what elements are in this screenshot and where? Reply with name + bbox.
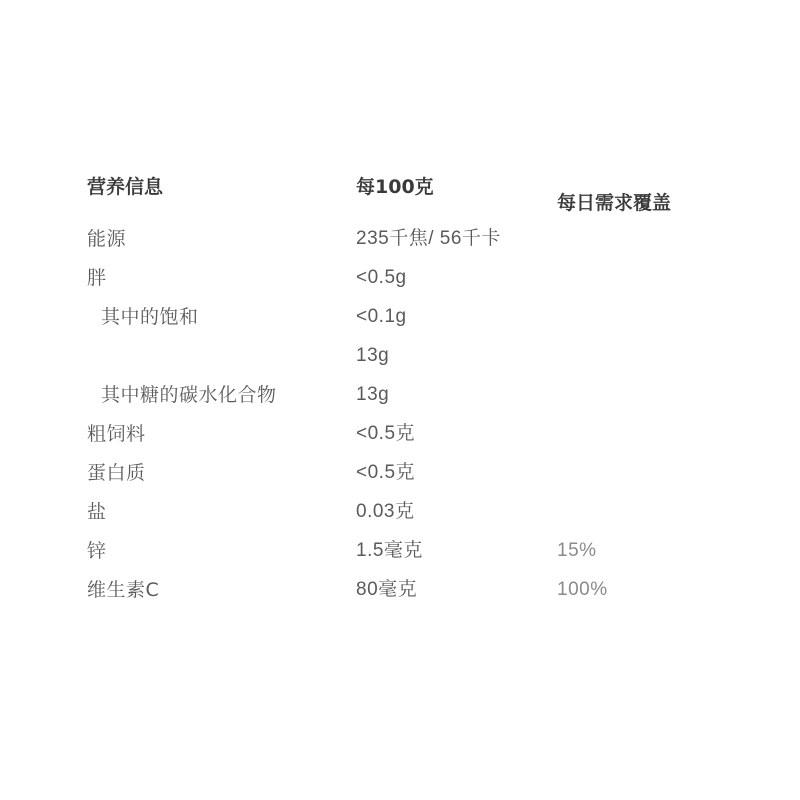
row-per-100g: <0.5克 bbox=[356, 421, 415, 447]
table-row-sugars: 其中糖的碳水化合物 13g bbox=[87, 382, 747, 421]
header-per-100g: 每100克 bbox=[356, 172, 434, 199]
header-daily-coverage: 每日需求覆盖 bbox=[557, 188, 671, 215]
header-nutrition-info: 营养信息 bbox=[87, 172, 163, 199]
row-label: 锌 bbox=[87, 538, 107, 564]
row-per-100g: 13g bbox=[356, 382, 389, 408]
row-per-100g: 235千焦/ 56千卡 bbox=[356, 226, 501, 252]
row-label: 其中糖的碳水化合物 bbox=[101, 382, 277, 408]
row-per-100g: 80毫克 bbox=[356, 577, 417, 603]
row-per-100g: <0.1g bbox=[356, 304, 407, 330]
row-per-100g: 1.5毫克 bbox=[356, 538, 423, 564]
nutrition-table: 营养信息 每100克 每日需求覆盖 能源 235千焦/ 56千卡 胖 <0.5g… bbox=[87, 170, 747, 616]
table-row-vitamin-c: 维生素C 80毫克 100% bbox=[87, 577, 747, 616]
table-row-salt: 盐 0.03克 bbox=[87, 499, 747, 538]
table-row-protein: 蛋白质 <0.5克 bbox=[87, 460, 747, 499]
row-label: 其中的饱和 bbox=[101, 304, 199, 330]
row-label: 能源 bbox=[87, 226, 126, 252]
row-per-100g: <0.5克 bbox=[356, 460, 415, 486]
row-label: 维生素C bbox=[87, 577, 159, 603]
row-per-100g: 13g bbox=[356, 343, 389, 369]
row-daily: 15% bbox=[557, 538, 597, 564]
table-header: 营养信息 每100克 每日需求覆盖 bbox=[87, 170, 747, 226]
row-label: 粗饲料 bbox=[87, 421, 146, 447]
row-label: 胖 bbox=[87, 265, 107, 291]
table-row-zinc: 锌 1.5毫克 15% bbox=[87, 538, 747, 577]
row-label: 蛋白质 bbox=[87, 460, 146, 486]
row-per-100g: 0.03克 bbox=[356, 499, 414, 525]
table-row-energy: 能源 235千焦/ 56千卡 bbox=[87, 226, 747, 265]
row-per-100g: <0.5g bbox=[356, 265, 407, 291]
table-row-saturated: 其中的饱和 <0.1g bbox=[87, 304, 747, 343]
row-daily: 100% bbox=[557, 577, 608, 603]
row-label: 盐 bbox=[87, 499, 107, 525]
table-row-fat: 胖 <0.5g bbox=[87, 265, 747, 304]
table-row-fiber: 粗饲料 <0.5克 bbox=[87, 421, 747, 460]
table-row-carbohydrate: 13g bbox=[87, 343, 747, 382]
